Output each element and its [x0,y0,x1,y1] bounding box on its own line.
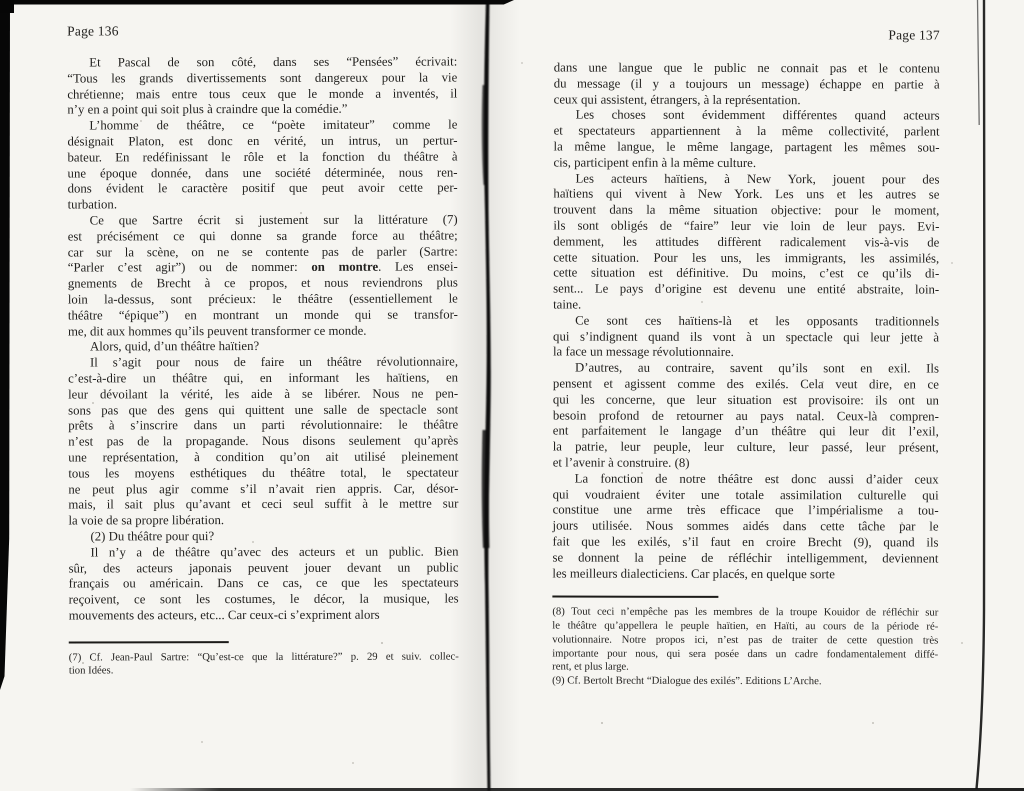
text-line: du message (il y a toujours un message) … [554,76,940,93]
text-line: leur dévoilant la vérité, les aide à se … [68,386,458,403]
text-line: n’est pas de la propagande. Nous disons … [68,434,458,451]
text-line: Alors, quid, d’un théâtre haïtien? [68,339,458,356]
text-line: gnements de Brecht à ce propos, et nous … [68,276,458,293]
text-line: est précisément ce qui donne sa grande f… [68,228,458,245]
text-line: prêts à s’inscrire dans un parti révolut… [68,418,458,435]
paragraph: Les choses sont évidemment différentes q… [553,108,939,172]
text-line: (7) Cf. Jean-Paul Sartre: “Qu’est-ce que… [69,650,459,665]
scanned-book-spread: Page 136 Et Pascal de son côté, dans ses… [0,0,1024,791]
text-line: le théâtre qu’appellera le peuple haïtie… [552,620,938,635]
text-line: une représentation, à condition qu’on ai… [68,449,458,466]
text-line: Ce que Sartre écrit si justement sur la … [68,212,458,229]
text-line: (8) Tout ceci n’empêche pas les membres … [552,606,938,621]
text-line: sent... Le pays d’origine est devenu une… [553,282,939,299]
text-line: les meilleurs dialecticiens. Car placés,… [552,566,938,583]
paragraph: Il n’y a de théâtre qu’avec des acteurs … [69,544,459,624]
footnote-divider-right [552,596,718,598]
text-line: D’autres, au contraire, savent qu’ils so… [553,361,939,378]
text-line: sûr, des acteurs japonais peuvent jouer … [69,560,459,577]
right-page-footnotes: (8) Tout ceci n’empêche pas les membres … [552,606,938,690]
text-line: ne peut plus agir comme s’il n’avait rie… [68,481,458,498]
scan-top-edge-bar [0,0,514,5]
paragraph: (2) Du théâtre pour qui? [68,528,458,545]
text-line: qui voudraient éviter une totale assimil… [553,487,939,504]
scan-corner-black [0,0,14,13]
text-line: trouvent dans la même situation objectiv… [553,203,939,220]
text-line: constitue une arme très efficace que l’i… [553,503,939,520]
paragraph: Et Pascal de son côté, dans ses “Pensées… [67,54,457,118]
text-line: ils sont obligés de “faire” leur vie loi… [553,218,939,235]
text-line: la voie de sa propre libération. [68,513,458,530]
text-line: cis, participent enfin à la même culture… [553,155,939,172]
text-line: c’est-à-dire un théâtre qui, en informan… [68,370,458,387]
text-line: mouvements des acteurs, etc... Car ceux-… [69,607,459,624]
paragraph: Les acteurs haïtiens, à New York, jouent… [553,171,939,314]
text-line: tous les moyens esthétiques du théâtre t… [68,465,458,482]
left-page: Page 136 Et Pascal de son côté, dans ses… [67,21,459,678]
text-line: rent, et plus large. [552,661,938,676]
text-line: chrétienne; mais entre tous ceux que le … [67,86,457,103]
text-line: taine. [553,297,939,314]
paragraph: Il s’agit pour nous de faire un théâtre … [68,355,458,530]
text-line: volutionnaire. Notre propos ici, n’est p… [552,633,938,648]
text-line: ent parfaitement le langage d’un théâtre… [553,424,939,441]
left-page-footnotes: (7) Cf. Jean-Paul Sartre: “Qu’est-ce que… [69,650,459,679]
text-line: sons pas que des gens qui quittent une s… [68,402,458,419]
paragraph: (9) Cf. Bertolt Brecht “Dialogue des exi… [552,675,938,690]
text-line: cette situation est définitive. Du moins… [553,266,939,283]
text-line: La fonction de notre théâtre est donc au… [553,471,939,488]
text-line: et spectateurs appartiennent à la même c… [554,124,940,141]
text-line: “Parler c’est agir”) ou de nommer: on mo… [68,260,458,277]
text-line: demment, les attitudes diffèrent radical… [553,234,939,251]
text-line: Ce sont ces haïtiens-là et les opposants… [553,313,939,330]
page-number-right: Page 137 [554,25,940,43]
text-line: haïtiens qui vivent à New York. Les uns … [553,187,939,204]
text-line: qui s’indignent quand ils vont à un spec… [553,329,939,346]
text-line: ceux qui assistent, étrangers, à la repr… [554,92,940,109]
text-line: bateur. En redéfinissant le rôle et la f… [67,149,457,166]
text-line: L’homme de théâtre, ce “poète imitateur”… [67,118,457,135]
text-line: se donnent la peine de réfléchir intelli… [552,550,938,567]
text-line: et l’avenir à construire. (8) [553,455,939,472]
text-line: (9) Cf. Bertolt Brecht “Dialogue des exi… [552,675,938,690]
text-line: tion Idées. [69,664,459,679]
paragraph: (8) Tout ceci n’empêche pas les membres … [552,606,938,676]
right-page: Page 137 dans une langue que le public n… [552,25,940,689]
text-line: loin la-dessus, sont précieux: le théâtr… [68,291,458,308]
paragraph: La fonction de notre théâtre est donc au… [552,471,938,583]
footnote-divider-left [69,641,229,643]
text-line: dons évident le caractère positif que pe… [68,181,458,198]
text-line: me, dit aux hommes qu’ils peuvent transf… [68,323,458,340]
text-line: cette situation. Pour les uns, les immig… [553,250,939,267]
text-line: reçoivent, ce sont les costumes, le déco… [69,592,459,609]
gutter-shade [450,0,520,791]
text-line: car sur la scène, on ne se contente pas … [68,244,458,261]
text-line: Il n’y a de théâtre qu’avec des acteurs … [69,544,459,561]
text-line: “Tous les grands divertissements sont da… [67,70,457,87]
paragraph: Ce que Sartre écrit si justement sur la … [68,212,458,339]
text-line: théâtre “épique”) en montrant un monde q… [68,307,458,324]
text-line: qui les concerne, que leur situation est… [553,392,939,409]
text-line: importante pour nous, qui sera posée dan… [552,647,938,662]
text-line: désignait Platon, est donc en vérité, un… [67,133,457,150]
text-line: besoin profond de retourner au pays nata… [553,408,939,425]
text-line: mais, il sait plus qu’avant et ceci seul… [68,497,458,514]
paragraph: dans une langue que le public ne connait… [554,60,940,108]
text-line: une époque donnée, dans une société déte… [68,165,458,182]
text-line: n’y en a point qui soit plus à craindre … [67,102,457,119]
text-line: (2) Du théâtre pour qui? [68,528,458,545]
text-line: français ou américain. Dans ce cas, ce q… [69,576,459,593]
text-line: la patrie, leur peuple, leur culture, le… [553,440,939,457]
paragraph: Alors, quid, d’un théâtre haïtien? [68,339,458,356]
page-number-left: Page 136 [67,21,457,39]
text-line: Et Pascal de son côté, dans ses “Pensées… [67,54,457,71]
paragraph: L’homme de théâtre, ce “poète imitateur”… [67,118,457,214]
text-line: pensent et agissent comme des exilés. Ce… [553,376,939,393]
text-line: fait que les exilés, s’il faut en croire… [552,534,938,551]
text-line: Les choses sont évidemment différentes q… [554,108,940,125]
text-line: jours utilisée. Nous sommes aidés dans c… [553,519,939,536]
paragraph: D’autres, au contraire, savent qu’ils so… [553,361,939,473]
text-line: Les acteurs haïtiens, à New York, jouent… [553,171,939,188]
paragraph: Ce sont ces haïtiens-là et les opposants… [553,313,939,361]
left-page-text: Et Pascal de son côté, dans ses “Pensées… [67,54,458,624]
text-line: la même langue, le même langage, partage… [554,139,940,156]
text-line: dans une langue que le public ne connait… [554,60,940,77]
text-line: turbation. [68,197,458,214]
text-line: la face un message révolutionnaire. [553,345,939,362]
text-line: Il s’agit pour nous de faire un théâtre … [68,355,458,372]
right-page-text: dans une langue que le public ne connait… [552,60,939,582]
paragraph: (7) Cf. Jean-Paul Sartre: “Qu’est-ce que… [69,650,459,679]
